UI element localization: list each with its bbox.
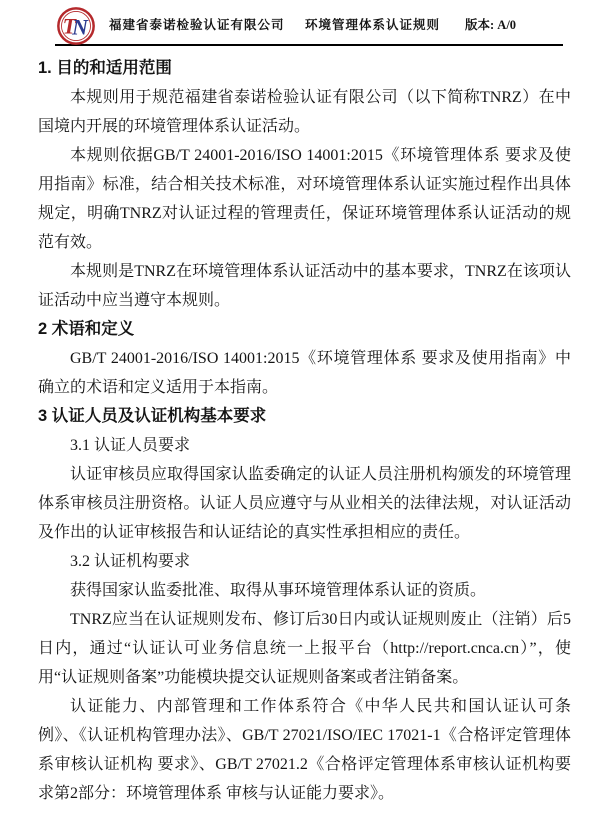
- section-3-heading: 3 认证人员及认证机构基本要求: [38, 402, 571, 431]
- subsection-3-2-heading: 3.2 认证机构要求: [38, 547, 571, 576]
- paragraph-body-qualification: 获得国家认监委批准、取得从事环境管理体系认证的资质。: [38, 576, 571, 605]
- paragraph-auditor-requirement: 认证审核员应取得国家认监委确定的认证人员注册机构颁发的环境管理体系审核员注册资格…: [38, 460, 571, 547]
- paragraph-terms-definitions: GB/T 24001-2016/ISO 14001:2015《环境管理体系 要求…: [38, 344, 571, 402]
- version-label: 版本: A/0: [465, 15, 516, 33]
- paragraph-basis-standard: 本规则依据GB/T 24001-2016/ISO 14001:2015《环境管理…: [38, 141, 571, 257]
- company-name: 福建省泰诺检验认证有限公司: [109, 15, 285, 33]
- paragraph-filing-platform: TNRZ应当在认证规则发布、修订后30日内或认证规则废止（注销）后5日内，通过“…: [38, 605, 571, 692]
- document-body: 1. 目的和适用范围 本规则用于规范福建省泰诺检验认证有限公司（以下简称TNRZ…: [0, 46, 609, 808]
- tn-logo-icon: T N: [55, 5, 97, 47]
- subsection-3-1-heading: 3.1 认证人员要求: [38, 431, 571, 460]
- paragraph-scope-intro: 本规则用于规范福建省泰诺检验认证有限公司（以下简称TNRZ）在中国境内开展的环境…: [38, 83, 571, 141]
- section-2-heading: 2 术语和定义: [38, 315, 571, 344]
- section-1-heading: 1. 目的和适用范围: [38, 54, 571, 83]
- page-header: T N 福建省泰诺检验认证有限公司 环境管理体系认证规则 版本: A/0: [55, 0, 563, 46]
- paragraph-capability-compliance: 认证能力、内部管理和工作体系符合《中华人民共和国认证认可条例》、《认证机构管理办…: [38, 692, 571, 808]
- svg-text:N: N: [71, 15, 89, 40]
- document-title: 环境管理体系认证规则: [305, 15, 440, 33]
- paragraph-basic-requirement: 本规则是TNRZ在环境管理体系认证活动中的基本要求，TNRZ在该项认证活动中应当…: [38, 257, 571, 315]
